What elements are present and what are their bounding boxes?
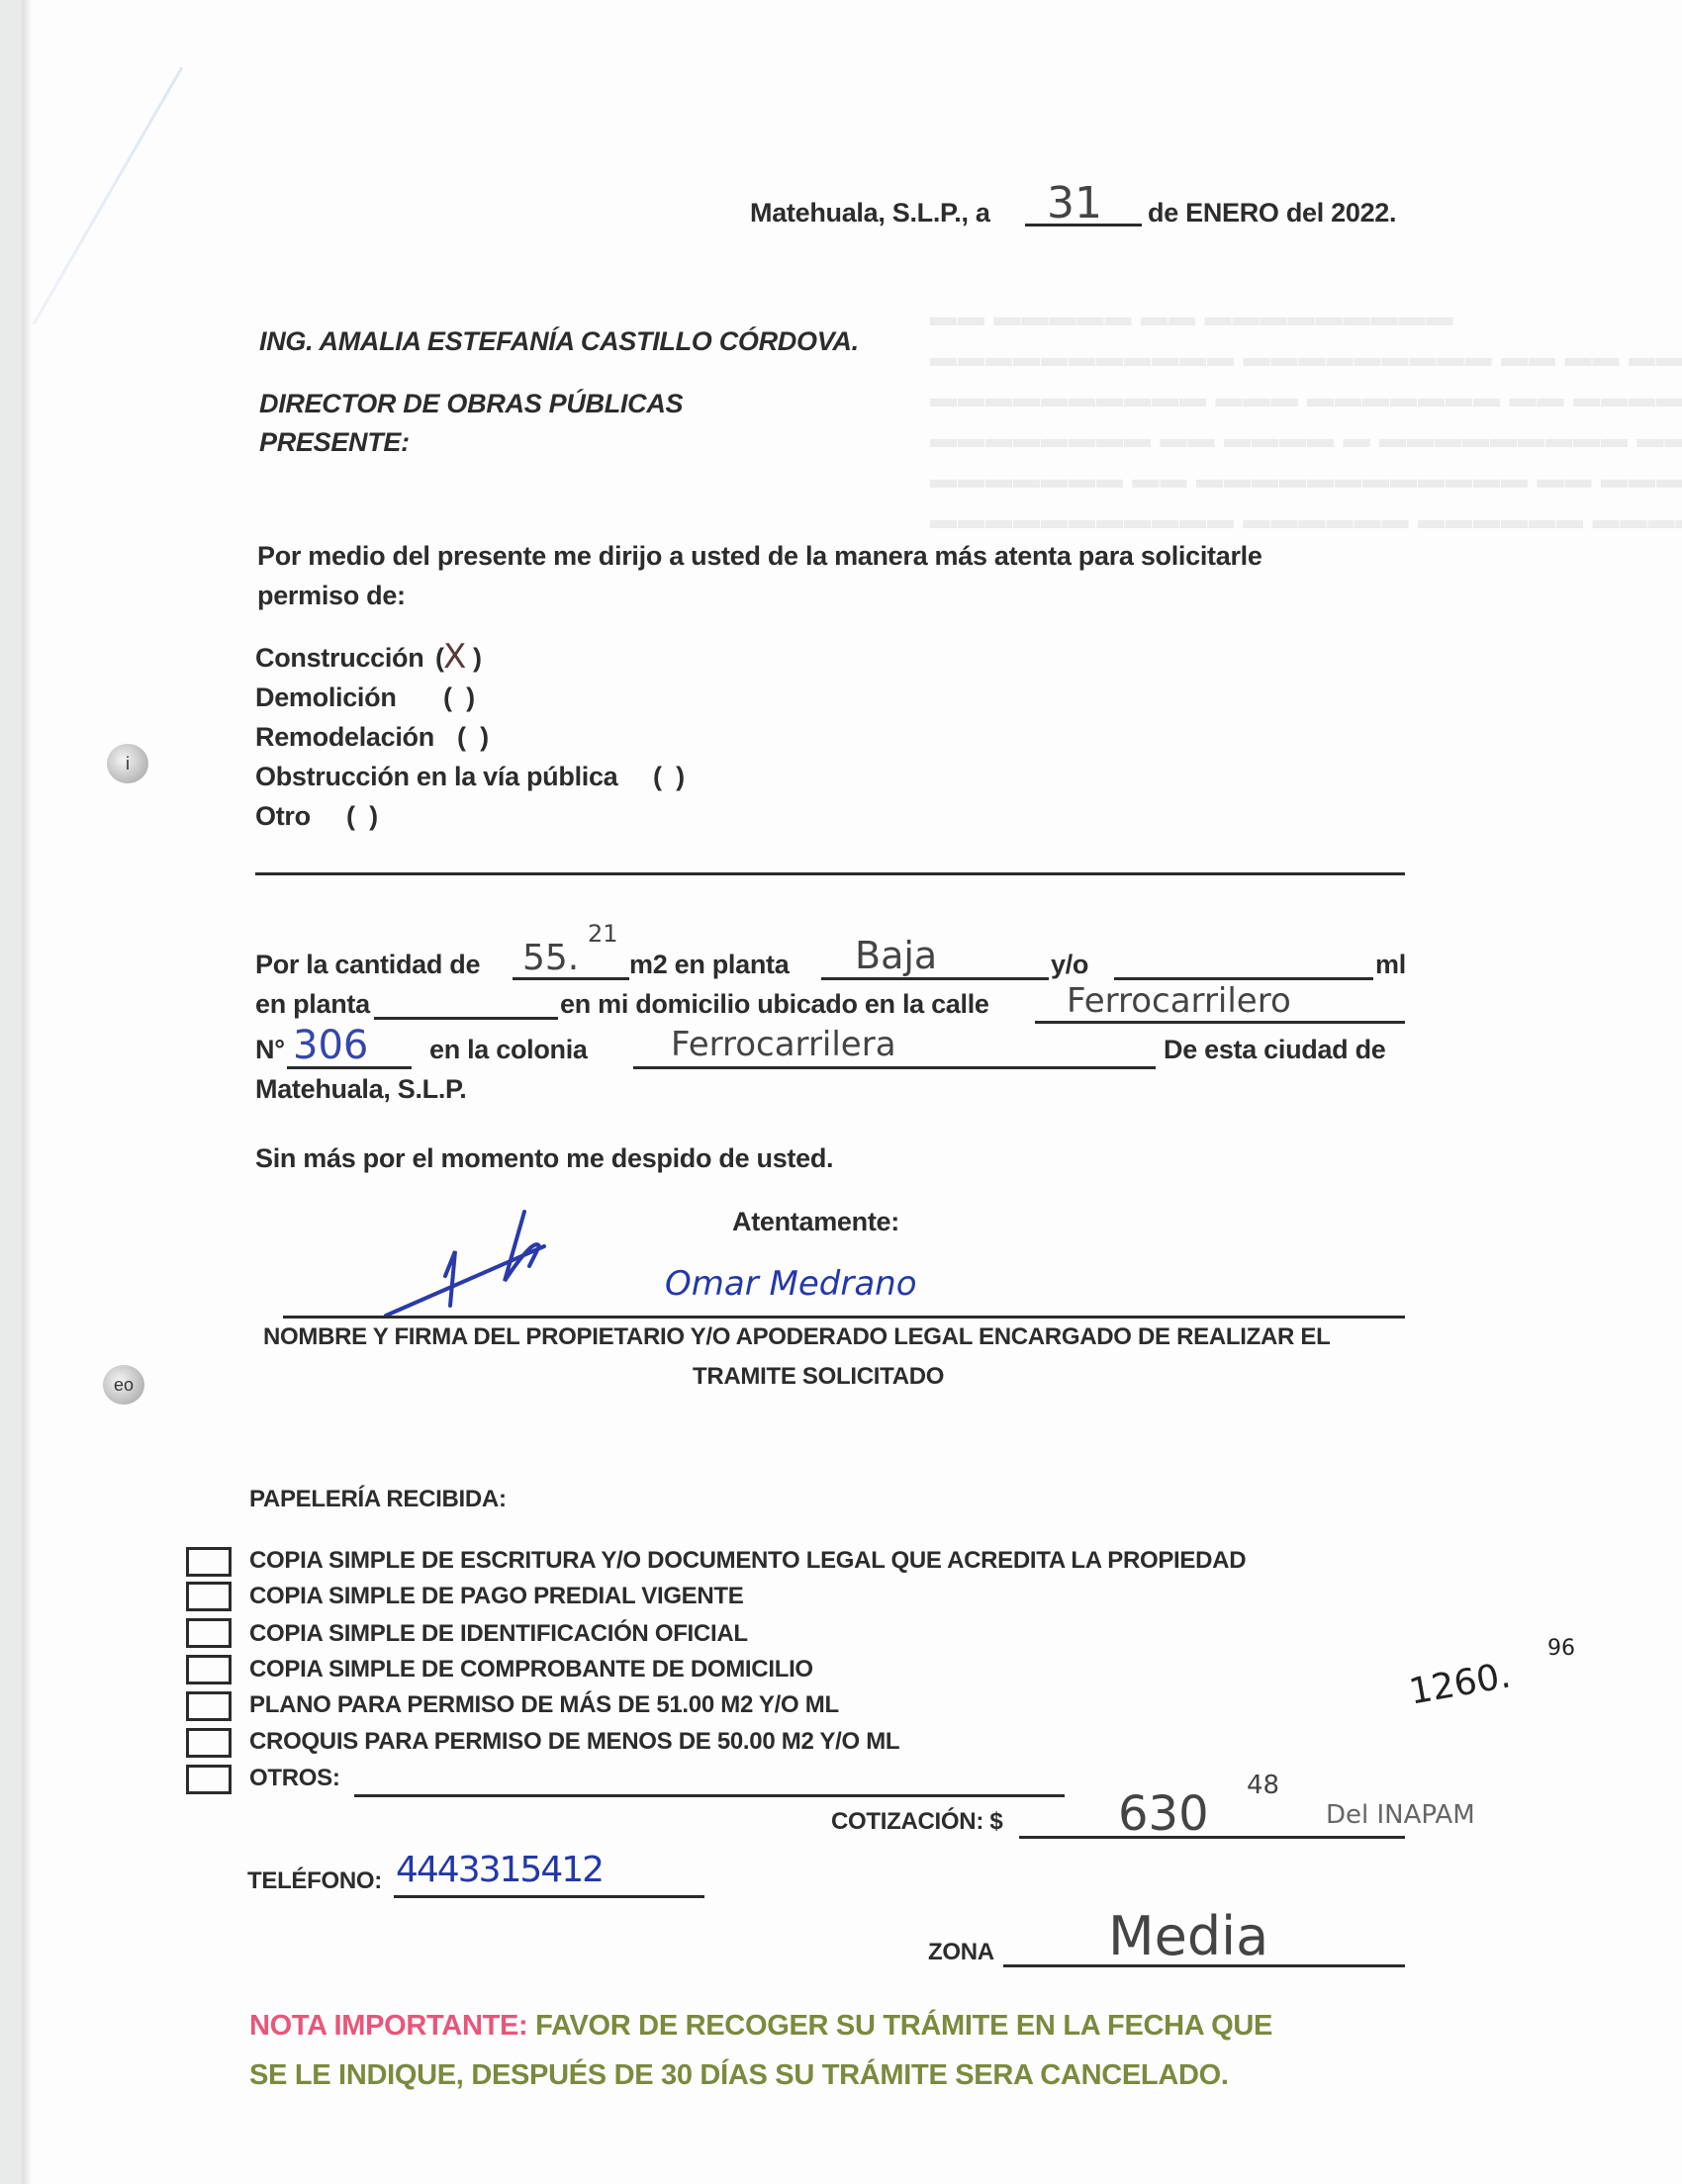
checkbox-paren-close: ) bbox=[473, 643, 482, 674]
m2-label: m2 en planta bbox=[629, 950, 789, 980]
quantity-decimals: 21 bbox=[588, 920, 618, 948]
signature-caption-2: TRAMITE SOLICITADO bbox=[693, 1363, 944, 1391]
quote-cents: 48 bbox=[1247, 1771, 1279, 1800]
paperwork-checkbox[interactable] bbox=[186, 1728, 232, 1758]
quote-discount-note: Del INAPAM bbox=[1326, 1800, 1475, 1830]
permit-option-label: Remodelación bbox=[255, 722, 434, 753]
addressee-greeting: PRESENTE: bbox=[259, 427, 410, 458]
check-mark-icon[interactable]: X bbox=[443, 637, 466, 677]
paperwork-heading: PAPELERÍA RECIBIDA: bbox=[249, 1486, 507, 1513]
punch-hole-icon: eo bbox=[103, 1365, 144, 1405]
signature-scribble-icon bbox=[376, 1207, 613, 1325]
quote-label: COTIZACIÓN: $ bbox=[831, 1808, 1002, 1836]
paperwork-checkbox[interactable] bbox=[186, 1691, 232, 1721]
colonia-label: en la colonia bbox=[429, 1035, 588, 1065]
margin-total-cents: 96 bbox=[1547, 1636, 1575, 1661]
quote-field-line-2 bbox=[1247, 1836, 1405, 1839]
colonia-field[interactable]: Ferrocarrilera bbox=[671, 1025, 896, 1064]
day-field[interactable]: 31 bbox=[1047, 178, 1102, 228]
numero-label: N° bbox=[255, 1035, 285, 1065]
paperwork-item: COPIA SIMPLE DE ESCRITURA Y/O DOCUMENTO … bbox=[249, 1547, 1246, 1575]
domicilio-label: en mi domicilio ubicado en la calle bbox=[560, 989, 989, 1020]
paperwork-checkbox[interactable] bbox=[186, 1547, 232, 1577]
zone-field[interactable]: Media bbox=[1108, 1905, 1268, 1967]
ml-label: ml bbox=[1375, 950, 1406, 980]
addressee-title: DIRECTOR DE OBRAS PÚBLICAS bbox=[259, 389, 683, 419]
city-name: Matehuala, S.L.P. bbox=[255, 1074, 466, 1105]
permit-option-label: Otro bbox=[255, 801, 311, 832]
phone-label: TELÉFONO: bbox=[247, 1867, 382, 1895]
ml-field-line[interactable] bbox=[1114, 977, 1373, 980]
calle-field[interactable]: Ferrocarrilero bbox=[1067, 981, 1291, 1021]
date-place-prefix: Matehuala, S.L.P., a bbox=[750, 198, 990, 228]
phone-field[interactable]: 4443315412 bbox=[396, 1850, 603, 1890]
scan-page-shadow bbox=[22, 0, 32, 2184]
yo-label: y/o bbox=[1051, 950, 1088, 980]
quantity-field[interactable]: 55. bbox=[522, 938, 579, 978]
checkbox-parens[interactable]: ( ) bbox=[346, 801, 378, 832]
checkbox-parens[interactable]: ( ) bbox=[457, 722, 489, 753]
checkbox-parens[interactable]: ( ) bbox=[443, 682, 475, 713]
paperwork-item: COPIA SIMPLE DE PAGO PREDIAL VIGENTE bbox=[249, 1583, 744, 1610]
numero-field[interactable]: 306 bbox=[293, 1023, 368, 1068]
paperwork-checkbox[interactable] bbox=[186, 1765, 232, 1794]
important-notice-line-1: NOTA IMPORTANTE: FAVOR DE RECOGER SU TRÁ… bbox=[249, 2010, 1272, 2043]
otros-field-line[interactable] bbox=[354, 1794, 1065, 1797]
permit-option-label: Demolición bbox=[255, 682, 397, 713]
notice-text-1: FAVOR DE RECOGER SU TRÁMITE EN LA FECHA … bbox=[535, 2010, 1272, 2042]
signature-caption-1: NOMBRE Y FIRMA DEL PROPIETARIO Y/O APODE… bbox=[263, 1323, 1330, 1351]
colonia-field-line bbox=[633, 1066, 1156, 1069]
signature-name[interactable]: Omar Medrano bbox=[665, 1264, 917, 1304]
date-suffix: de ENERO del 2022. bbox=[1148, 198, 1396, 228]
phone-field-line bbox=[394, 1895, 704, 1898]
permit-option-label: Obstrucción en la vía pública bbox=[255, 762, 617, 792]
paperwork-item: PLANO PARA PERMISO DE MÁS DE 51.00 M2 Y/… bbox=[249, 1691, 839, 1719]
paperwork-checkbox[interactable] bbox=[186, 1618, 232, 1648]
paperwork-checkbox[interactable] bbox=[186, 1655, 232, 1684]
planta-field-line bbox=[821, 977, 1049, 980]
quote-field[interactable]: 630 bbox=[1118, 1786, 1209, 1842]
quantity-label: Por la cantidad de bbox=[255, 950, 480, 980]
checkbox-parens[interactable]: ( ) bbox=[653, 762, 685, 792]
zone-label: ZONA bbox=[928, 1939, 994, 1966]
paperwork-item: OTROS: bbox=[249, 1765, 340, 1792]
en-planta-label: en planta bbox=[255, 989, 370, 1020]
otro-specify-line[interactable] bbox=[255, 872, 1405, 875]
punch-hole-icon: i bbox=[107, 744, 148, 783]
calle-field-line bbox=[1035, 1021, 1405, 1024]
margin-total-note: 1260. bbox=[1406, 1655, 1514, 1712]
scan-page-edge bbox=[0, 0, 22, 2184]
city-suffix: De esta ciudad de bbox=[1164, 1035, 1385, 1065]
paperwork-item: CROQUIS PARA PERMISO DE MENOS DE 50.00 M… bbox=[249, 1728, 899, 1756]
regards-text: Atentamente: bbox=[732, 1207, 899, 1237]
bleed-through-text: ▬▬ ▬▬▬▬▬ ▬▬ ▬▬▬▬▬▬▬▬▬ ▬▬▬▬▬▬▬▬▬▬▬ ▬▬▬▬▬▬… bbox=[930, 297, 1682, 540]
intro-line-1: Por medio del presente me dirijo a usted… bbox=[257, 541, 1262, 572]
paperwork-item: COPIA SIMPLE DE IDENTIFICACIÓN OFICIAL bbox=[249, 1620, 748, 1648]
notice-emphasis: NOTA IMPORTANTE: bbox=[249, 2010, 527, 2042]
permit-option-label: Construcción bbox=[255, 643, 423, 674]
paper-fold-line bbox=[33, 66, 184, 324]
planta-field[interactable]: Baja bbox=[855, 934, 937, 977]
paperwork-item: COPIA SIMPLE DE COMPROBANTE DE DOMICILIO bbox=[249, 1656, 813, 1683]
paperwork-checkbox[interactable] bbox=[186, 1582, 232, 1611]
addressee-name: ING. AMALIA ESTEFANÍA CASTILLO CÓRDOVA. bbox=[259, 326, 859, 357]
en-planta-field-line[interactable] bbox=[374, 1017, 558, 1020]
intro-line-2: permiso de: bbox=[257, 581, 406, 611]
important-notice-line-2: SE LE INDIQUE, DESPUÉS DE 30 DÍAS SU TRÁ… bbox=[249, 2059, 1229, 2092]
farewell-text: Sin más por el momento me despido de ust… bbox=[255, 1143, 833, 1174]
signature-line bbox=[283, 1316, 1405, 1319]
